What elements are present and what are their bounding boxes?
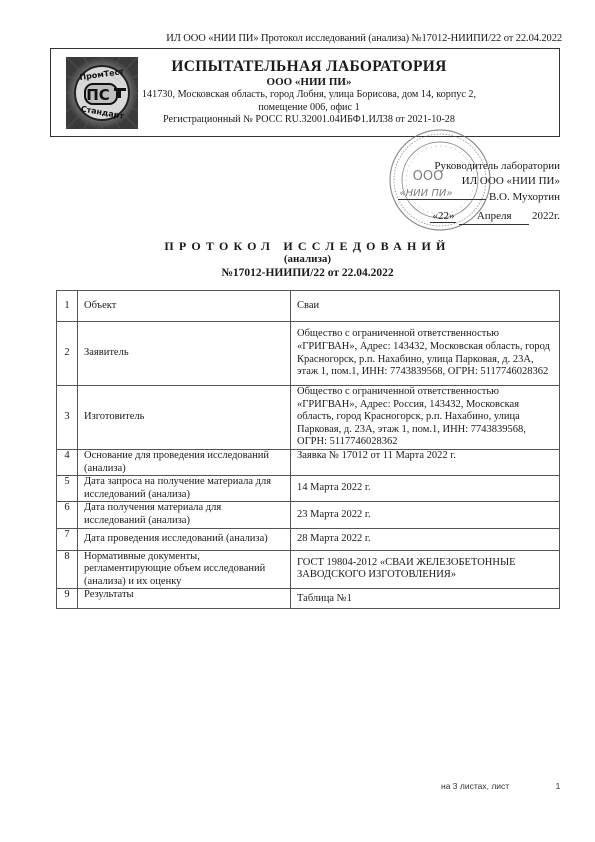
row-number: 1 [57, 291, 78, 322]
row-value: Общество с ограниченной ответственностью… [291, 386, 560, 450]
table-row: 2 Заявитель Общество с ограниченной отве… [57, 322, 560, 386]
row-value: 14 Марта 2022 г. [291, 476, 560, 502]
approval-signatory: В.О. Мухортин [489, 191, 560, 203]
approval-date: «22» Апреля 2022г. [398, 209, 560, 225]
approval-signature-row: В.О. Мухортин [398, 189, 560, 205]
row-label: Дата проведения исследований (анализа) [78, 528, 291, 550]
row-number: 2 [57, 322, 78, 386]
row-value: Общество с ограниченной ответственностью… [291, 322, 560, 386]
approval-year: 2022г. [532, 210, 560, 222]
lab-title: ИСПЫТАТЕЛЬНАЯ ЛАБОРАТОРИЯ [139, 58, 479, 76]
table-row: 6 Дата получения материала для исследова… [57, 502, 560, 528]
row-label: Изготовитель [78, 386, 291, 450]
table-row: 9 Результаты Таблица №1 [57, 589, 560, 609]
row-number: 5 [57, 476, 78, 502]
row-number: 9 [57, 589, 78, 609]
sheets-count-text: на 3 листах, лист [441, 781, 509, 791]
lab-address-line1: 141730, Московская область, город Лобня,… [139, 89, 479, 102]
table-row: 7 Дата проведения исследований (анализа)… [57, 528, 560, 550]
svg-text:ПС: ПС [86, 86, 110, 104]
page-number: 1 [556, 781, 561, 791]
table-row: 3 Изготовитель Общество с ограниченной о… [57, 386, 560, 450]
row-label: Основание для проведения исследований (а… [78, 449, 291, 475]
protocol-number: №17012-НИИПИ/22 от 22.04.2022 [20, 266, 595, 280]
row-number: 4 [57, 449, 78, 475]
running-header: ИЛ ООО «НИИ ПИ» Протокол исследований (а… [166, 33, 562, 44]
row-number: 3 [57, 386, 78, 450]
signature-line [398, 189, 486, 200]
row-label: Нормативные документы, регламентирующие … [78, 550, 291, 589]
row-label: Дата получения материала для исследовани… [78, 502, 291, 528]
lab-registration: Регистрационный № РОСС RU.32001.04ИБФ1.И… [139, 114, 479, 127]
row-number: 7 [57, 528, 78, 550]
table-row: 8 Нормативные документы, регламентирующи… [57, 550, 560, 589]
protocol-table: 1 Объект Сваи 2 Заявитель Общество с огр… [56, 290, 560, 609]
approval-month: Апреля [459, 209, 529, 225]
approval-day: «22» [430, 210, 456, 223]
approval-position: Руководитель лаборатории [398, 159, 560, 174]
table-row: 4 Основание для проведения исследований … [57, 449, 560, 475]
lab-info: ИСПЫТАТЕЛЬНАЯ ЛАБОРАТОРИЯ ООО «НИИ ПИ» 1… [139, 58, 479, 127]
row-number: 8 [57, 550, 78, 589]
row-label: Результаты [78, 589, 291, 609]
row-value: Сваи [291, 291, 560, 322]
row-label: Объект [78, 291, 291, 322]
row-label: Дата запроса на получение материала для … [78, 476, 291, 502]
row-label: Заявитель [78, 322, 291, 386]
row-value: 23 Марта 2022 г. [291, 502, 560, 528]
lab-header-box: ПромТест Стандарт ПС ИСПЫТАТЕЛЬНАЯ ЛАБОР… [50, 48, 560, 137]
page-footer: на 3 листах, лист 1 [441, 781, 560, 791]
approval-block: Руководитель лаборатории ИЛ ООО «НИИ ПИ»… [398, 159, 560, 225]
protocol-title-block: ПРОТОКОЛ ИССЛЕДОВАНИЙ (анализа) №17012-Н… [0, 239, 595, 280]
lab-organization: ООО «НИИ ПИ» [139, 76, 479, 89]
row-value: 28 Марта 2022 г. [291, 528, 560, 550]
row-value: Заявка № 17012 от 11 Марта 2022 г. [291, 449, 560, 475]
protocol-title: ПРОТОКОЛ ИССЛЕДОВАНИЙ [20, 239, 595, 253]
row-value: ГОСТ 19804-2012 «СВАИ ЖЕЛЕЗОБЕТОННЫЕ ЗАВ… [291, 550, 560, 589]
lab-address-line2: помещение 006, офис 1 [139, 102, 479, 115]
approval-organization: ИЛ ООО «НИИ ПИ» [398, 174, 560, 189]
table-row: 5 Дата запроса на получение материала дл… [57, 476, 560, 502]
protocol-subtitle: (анализа) [20, 253, 595, 266]
row-number: 6 [57, 502, 78, 528]
row-value: Таблица №1 [291, 589, 560, 609]
promtest-standard-logo-icon: ПромТест Стандарт ПС [64, 55, 140, 131]
table-row: 1 Объект Сваи [57, 291, 560, 322]
